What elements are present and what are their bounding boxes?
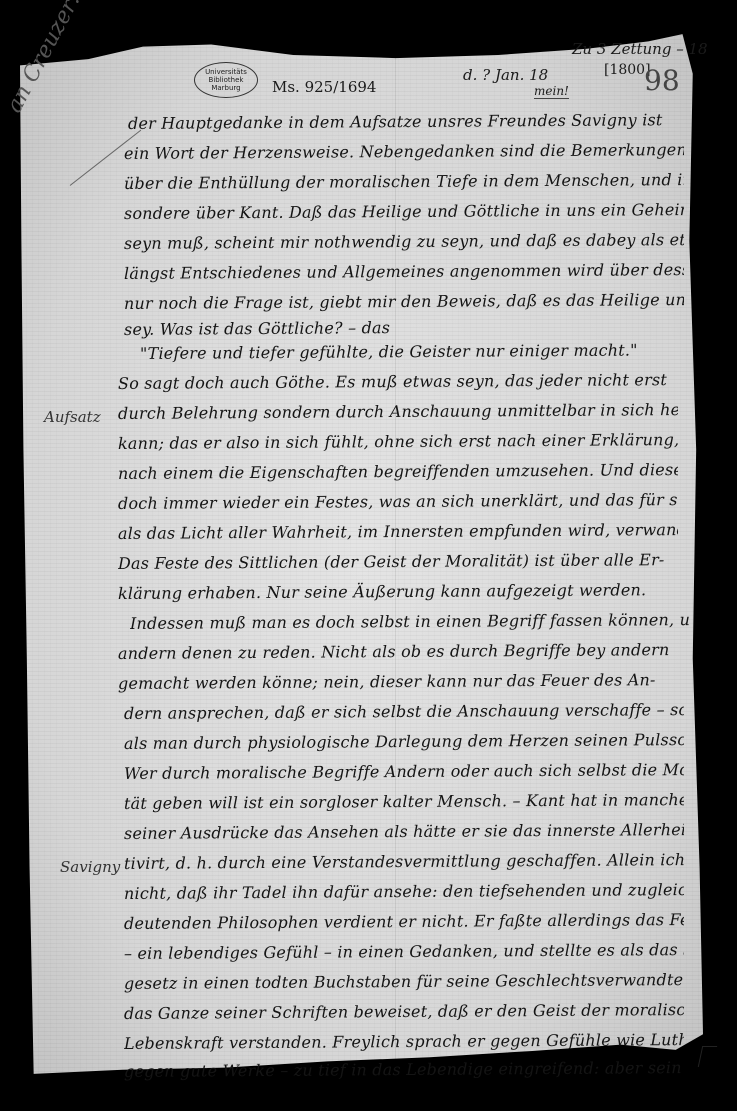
body-line: dern ansprechen, daß er sich selbst die … xyxy=(124,700,684,728)
corner-bracket-mark xyxy=(698,1046,717,1067)
body-line: kann; das er also in sich fühlt, ohne si… xyxy=(118,430,678,458)
body-line: nicht, daß ihr Tadel ihn dafür ansehe: d… xyxy=(124,880,684,908)
body-line-quote: "Tiefere und tiefer gefühlte, die Geiste… xyxy=(140,340,700,368)
body-line: andern denen zu reden. Nicht als ob es d… xyxy=(118,640,678,668)
body-line: als man durch physiologische Darlegung d… xyxy=(124,730,684,758)
body-line: nur noch die Frage ist, giebt mir den Be… xyxy=(124,290,684,318)
date-note: d. ? Jan. 18 xyxy=(463,66,548,84)
date-note-sub: mein! xyxy=(534,84,569,99)
body-line: gesetz in einen todten Buchstaben für se… xyxy=(124,970,684,998)
body-line: doch immer wieder ein Festes, was an sic… xyxy=(118,490,678,518)
stamp-line: Universitäts xyxy=(205,68,247,76)
margin-note-savigny: Savigny xyxy=(60,858,120,876)
body-line: So sagt doch auch Göthe. Es muß etwas se… xyxy=(118,370,678,398)
body-line: klärung erhaben. Nur seine Äußerung kann… xyxy=(118,580,678,608)
body-line: Indessen muß man es doch selbst in einen… xyxy=(130,610,690,638)
library-stamp: Universitäts Bibliothek Marburg xyxy=(194,62,258,98)
body-line: ein Wort der Herzensweise. Nebengedanken… xyxy=(124,140,684,168)
body-line: seyn muß, scheint mir nothwendig zu seyn… xyxy=(124,230,684,258)
body-line: Lebenskraft verstanden. Freylich sprach … xyxy=(124,1030,684,1058)
body-line: das Ganze seiner Schriften beweiset, daß… xyxy=(124,1000,684,1028)
body-line: tivirt, d. h. durch eine Verstandesvermi… xyxy=(124,850,684,878)
body-line: der Hauptgedanke in dem Aufsatze unsres … xyxy=(128,110,688,138)
body-line: gemacht werden könne; nein, dieser kann … xyxy=(118,670,678,698)
body-line: durch Belehrung sondern durch Anschauung… xyxy=(118,400,678,428)
body-line: sondere über Kant. Daß das Heilige und G… xyxy=(124,200,684,228)
margin-note-aufsatz: Aufsatz xyxy=(44,408,101,426)
stamp-line: Marburg xyxy=(211,84,240,92)
folio-number: 98 xyxy=(644,64,680,97)
body-line: Wer durch moralische Begriffe Andern ode… xyxy=(124,760,684,788)
stamp-line: Bibliothek xyxy=(209,76,244,84)
body-line: gegen gute Werke – zu tief in das Lebend… xyxy=(124,1058,684,1086)
body-line: längst Entschiedenes und Allgemeines ang… xyxy=(124,260,684,288)
body-line: Das Feste des Sittlichen (der Geist der … xyxy=(118,550,678,578)
body-line: deutenden Philosophen verdient er nicht.… xyxy=(124,910,684,938)
body-line: tät geben will ist ein sorgloser kalter … xyxy=(124,790,684,818)
top-right-note: Zu 3 Zettung – 18 xyxy=(572,40,708,58)
body-line: über die Enthüllung der moralischen Tief… xyxy=(124,170,684,198)
body-line: nach einem die Eigenschaften begreiffend… xyxy=(118,460,678,488)
shelfmark: Ms. 925/1694 xyxy=(272,78,376,96)
body-line: seiner Ausdrücke das Ansehen als hätte e… xyxy=(124,820,684,848)
body-line: – ein lebendiges Gefühl – in einen Gedan… xyxy=(124,940,684,968)
body-line: als das Licht aller Wahrheit, im Innerst… xyxy=(118,520,678,548)
